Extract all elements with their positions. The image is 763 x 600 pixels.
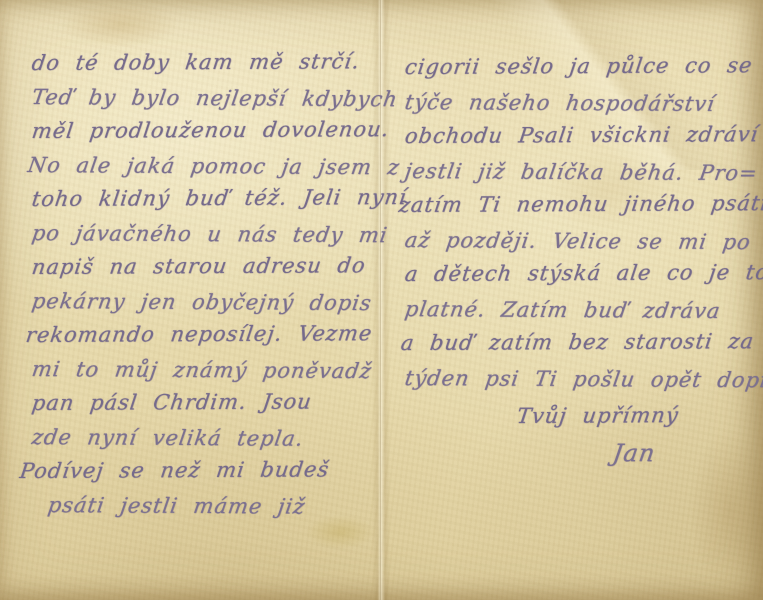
handwritten-line: Teď by bylo nejlepší kdybych (30, 80, 374, 116)
letter-scan: do té doby kam mě strčí. Teď by bylo nej… (0, 0, 763, 600)
handwritten-line: rekomando neposílej. Vezme (24, 316, 374, 352)
letter-page-left: do té doby kam mě strčí. Teď by bylo nej… (0, 0, 381, 600)
handwritten-line: a buď zatím bez starosti za (399, 324, 758, 360)
handwritten-line: zde nyní veliká tepla. (30, 420, 374, 456)
handwritten-line: a dětech stýská ale co je to (403, 255, 758, 291)
signature: Jan (610, 436, 757, 471)
handwritten-line: Podívej se než mi budeš (18, 452, 374, 488)
handwritten-line: měl prodlouženou dovolenou. (30, 112, 374, 148)
handwritten-line: No ale jaká pomoc ja jsem z (26, 148, 374, 184)
handwritten-line: cigorii sešlo ja půlce co se (403, 48, 758, 84)
handwritten-line: zatím Ti nemohu jiného psáti (397, 186, 758, 222)
handwritten-line: týče našeho hospodářství (402, 85, 757, 122)
handwritten-line: jestli již balíčka běhá. Pro= (402, 154, 757, 191)
handwritten-line: napiš na starou adresu do (30, 248, 374, 284)
handwritten-line: po jávačného u nás tedy mi (30, 216, 374, 252)
handwritten-line: mi to můj známý poněvadž (30, 352, 374, 388)
handwritten-line: do té doby kam mě strčí. (30, 44, 374, 80)
handwritten-line: toho klidný buď též. Jeli nyní (30, 180, 374, 216)
handwritten-line: až později. Velice se mi po Tobě (402, 223, 757, 260)
letter-closing: Tvůj upřímný (515, 398, 758, 434)
letter-page-right: cigorii sešlo ja půlce co se týče našeho… (383, 0, 763, 600)
handwritten-line: pan pásl Chrdim. Jsou (30, 384, 374, 420)
handwritten-line: psáti jestli máme již (46, 488, 374, 524)
handwritten-line: pekárny jen obyčejný dopis (30, 284, 374, 320)
handwritten-line: týden psi Ti pošlu opět dopis. (402, 361, 757, 398)
handwritten-line: platné. Zatím buď zdráva (402, 292, 757, 329)
handwritten-line: obchodu Psali všickni zdráví (403, 117, 758, 153)
